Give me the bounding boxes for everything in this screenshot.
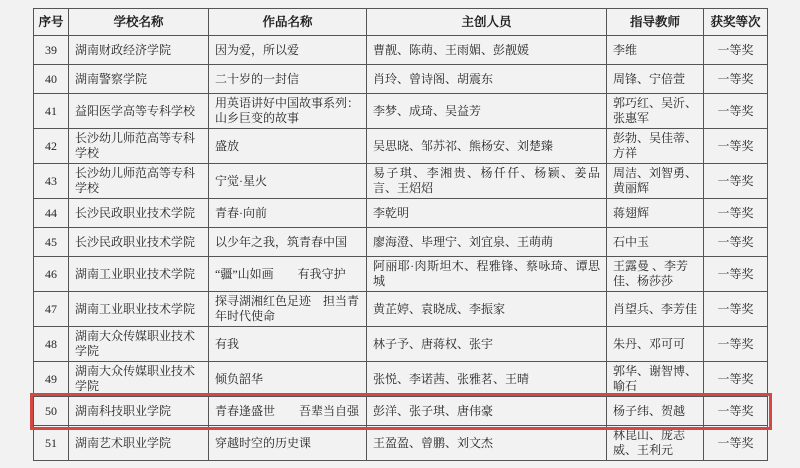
table-row: 47 湖南工业职业技术学院 探寻湖湘红色足迹 担当青年时代使命 黄芷婷、袁晓成、… xyxy=(34,292,768,327)
cell-work: 宁觉·星火 xyxy=(209,164,367,199)
cell-school: 长沙幼儿师范高等专科学校 xyxy=(69,164,209,199)
cell-award: 一等奖 xyxy=(704,94,768,129)
cell-creators: 黄芷婷、袁晓成、李振家 xyxy=(367,292,607,327)
table-row: 51 湖南艺术职业学院 穿越时空的历史课 王盈盈、曾鹏、刘文杰 林昆山、庞志威、… xyxy=(34,426,768,461)
cell-work: 倾负韶华 xyxy=(209,362,367,397)
cell-teachers: 郭华、谢智博、喻石 xyxy=(607,362,704,397)
cell-no: 49 xyxy=(34,362,69,397)
cell-school: 湖南大众传媒职业技术学院 xyxy=(69,327,209,362)
cell-teachers: 周洁、刘智勇、黄丽辉 xyxy=(607,164,704,199)
cell-school: 湖南财政经济学院 xyxy=(69,36,209,65)
cell-work: 因为爱，所以爱 xyxy=(209,36,367,65)
cell-no: 51 xyxy=(34,426,69,461)
cell-school: 益阳医学高等专科学校 xyxy=(69,94,209,129)
cell-work: 以少年之我，筑青春中国 xyxy=(209,228,367,257)
cell-creators: 彭洋、张子琪、唐伟豪 xyxy=(367,397,607,426)
cell-award: 一等奖 xyxy=(704,65,768,94)
table-row: 41 益阳医学高等专科学校 用英语讲好中国故事系列：山乡巨变的故事 李梦、成琦、… xyxy=(34,94,768,129)
table-row: 49 湖南大众传媒职业技术学院 倾负韶华 张悦、李诺茜、张雅茗、王晴 郭华、谢智… xyxy=(34,362,768,397)
table-row: 45 长沙民政职业技术学院 以少年之我，筑青春中国 廖海澄、毕理宁、刘宜泉、王萌… xyxy=(34,228,768,257)
cell-award: 一等奖 xyxy=(704,36,768,65)
cell-teachers: 杨子纬、贺越 xyxy=(607,397,704,426)
cell-award: 一等奖 xyxy=(704,228,768,257)
table-row: 46 湖南工业职业技术学院 “疆”山如画 有我守护 阿丽耶·肉斯坦木、程雅锋、蔡… xyxy=(34,257,768,292)
cell-creators: 李梦、成琦、吴益芳 xyxy=(367,94,607,129)
cell-creators: 肖玲、曾诗阁、胡震东 xyxy=(367,65,607,94)
cell-school: 湖南艺术职业学院 xyxy=(69,426,209,461)
table-row: 50 湖南科技职业学院 青春逢盛世 吾辈当自强 彭洋、张子琪、唐伟豪 杨子纬、贺… xyxy=(34,397,768,426)
cell-teachers: 朱丹、邓可可 xyxy=(607,327,704,362)
cell-no: 43 xyxy=(34,164,69,199)
header-teachers: 指导教师 xyxy=(607,9,704,36)
header-no: 序号 xyxy=(34,9,69,36)
header-school: 学校名称 xyxy=(69,9,209,36)
cell-creators: 廖海澄、毕理宁、刘宜泉、王萌萌 xyxy=(367,228,607,257)
cell-creators: 王盈盈、曾鹏、刘文杰 xyxy=(367,426,607,461)
cell-no: 44 xyxy=(34,199,69,228)
cell-teachers: 王露曼 、李芳佳、杨莎莎 xyxy=(607,257,704,292)
awards-table: 序号 学校名称 作品名称 主创人员 指导教师 获奖等次 39 湖南财政经济学院 … xyxy=(33,8,768,461)
cell-award: 一等奖 xyxy=(704,362,768,397)
cell-school: 长沙民政职业技术学院 xyxy=(69,228,209,257)
cell-work: 有我 xyxy=(209,327,367,362)
table-row: 44 长沙民政职业技术学院 青春·向前 李乾明 蒋翅辉 一等奖 xyxy=(34,199,768,228)
cell-no: 39 xyxy=(34,36,69,65)
cell-school: 长沙民政职业技术学院 xyxy=(69,199,209,228)
cell-teachers: 肖望兵、李芳佳 xyxy=(607,292,704,327)
table-body: 39 湖南财政经济学院 因为爱，所以爱 曹靓、陈萌、王雨媚、彭靓媛 李维 一等奖… xyxy=(34,36,768,461)
cell-creators: 林子予、唐蒋权、张宇 xyxy=(367,327,607,362)
cell-school: 湖南大众传媒职业技术学院 xyxy=(69,362,209,397)
cell-school: 湖南工业职业技术学院 xyxy=(69,292,209,327)
cell-school: 湖南工业职业技术学院 xyxy=(69,257,209,292)
cell-work: 探寻湖湘红色足迹 担当青年时代使命 xyxy=(209,292,367,327)
cell-teachers: 蒋翅辉 xyxy=(607,199,704,228)
cell-creators: 易子琪、李湘贵、杨仟仟、杨颖、姜品言、王炤炤 xyxy=(367,164,607,199)
cell-creators: 吴思晓、邹苏祁、熊杨安、刘楚臻 xyxy=(367,129,607,164)
cell-work: 青春逢盛世 吾辈当自强 xyxy=(209,397,367,426)
table-header-row: 序号 学校名称 作品名称 主创人员 指导教师 获奖等次 xyxy=(34,9,768,36)
cell-no: 48 xyxy=(34,327,69,362)
cell-work: 二十岁的一封信 xyxy=(209,65,367,94)
cell-creators: 李乾明 xyxy=(367,199,607,228)
table-row: 43 长沙幼儿师范高等专科学校 宁觉·星火 易子琪、李湘贵、杨仟仟、杨颖、姜品言… xyxy=(34,164,768,199)
header-award: 获奖等次 xyxy=(704,9,768,36)
cell-no: 47 xyxy=(34,292,69,327)
cell-teachers: 郭巧红、吴沂、张惠军 xyxy=(607,94,704,129)
cell-teachers: 石中玉 xyxy=(607,228,704,257)
cell-school: 湖南警察学院 xyxy=(69,65,209,94)
cell-award: 一等奖 xyxy=(704,199,768,228)
header-work: 作品名称 xyxy=(209,9,367,36)
cell-creators: 张悦、李诺茜、张雅茗、王晴 xyxy=(367,362,607,397)
cell-school: 长沙幼儿师范高等专科学校 xyxy=(69,129,209,164)
cell-teachers: 林昆山、庞志威、王利元 xyxy=(607,426,704,461)
cell-award: 一等奖 xyxy=(704,426,768,461)
cell-teachers: 周锋、宁倍萱 xyxy=(607,65,704,94)
cell-teachers: 李维 xyxy=(607,36,704,65)
cell-award: 一等奖 xyxy=(704,164,768,199)
cell-no: 41 xyxy=(34,94,69,129)
table-row: 48 湖南大众传媒职业技术学院 有我 林子予、唐蒋权、张宇 朱丹、邓可可 一等奖 xyxy=(34,327,768,362)
cell-work: 用英语讲好中国故事系列：山乡巨变的故事 xyxy=(209,94,367,129)
cell-no: 42 xyxy=(34,129,69,164)
table-row: 40 湖南警察学院 二十岁的一封信 肖玲、曾诗阁、胡震东 周锋、宁倍萱 一等奖 xyxy=(34,65,768,94)
cell-award: 一等奖 xyxy=(704,292,768,327)
cell-no: 45 xyxy=(34,228,69,257)
cell-school: 湖南科技职业学院 xyxy=(69,397,209,426)
cell-creators: 阿丽耶·肉斯坦木、程雅锋、蔡咏琦、谭思城 xyxy=(367,257,607,292)
cell-award: 一等奖 xyxy=(704,257,768,292)
document-page: 序号 学校名称 作品名称 主创人员 指导教师 获奖等次 39 湖南财政经济学院 … xyxy=(0,0,800,468)
cell-no: 50 xyxy=(34,397,69,426)
table-row: 39 湖南财政经济学院 因为爱，所以爱 曹靓、陈萌、王雨媚、彭靓媛 李维 一等奖 xyxy=(34,36,768,65)
cell-work: 盛放 xyxy=(209,129,367,164)
cell-teachers: 彭勃、吴佳蒂、方祥 xyxy=(607,129,704,164)
cell-award: 一等奖 xyxy=(704,327,768,362)
cell-award: 一等奖 xyxy=(704,397,768,426)
cell-work: 穿越时空的历史课 xyxy=(209,426,367,461)
table-row: 42 长沙幼儿师范高等专科学校 盛放 吴思晓、邹苏祁、熊杨安、刘楚臻 彭勃、吴佳… xyxy=(34,129,768,164)
cell-work: 青春·向前 xyxy=(209,199,367,228)
cell-award: 一等奖 xyxy=(704,129,768,164)
cell-creators: 曹靓、陈萌、王雨媚、彭靓媛 xyxy=(367,36,607,65)
cell-work: “疆”山如画 有我守护 xyxy=(209,257,367,292)
cell-no: 40 xyxy=(34,65,69,94)
header-creators: 主创人员 xyxy=(367,9,607,36)
cell-no: 46 xyxy=(34,257,69,292)
